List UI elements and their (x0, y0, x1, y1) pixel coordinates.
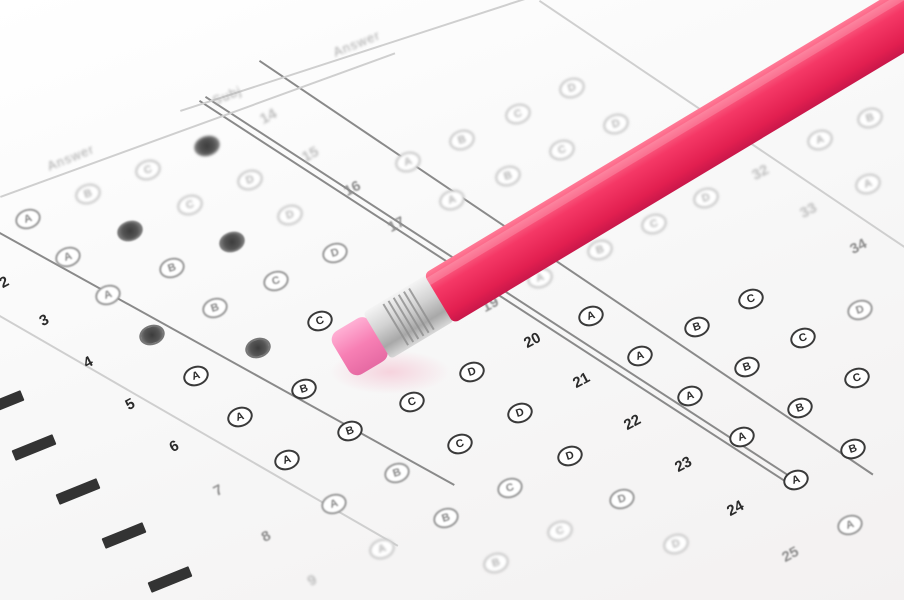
answer-bubble: B (382, 459, 413, 486)
answer-bubble: B (200, 294, 231, 321)
column-divider (205, 96, 793, 479)
answer-bubble: D (607, 485, 638, 512)
question-number: 4 (80, 353, 95, 372)
answer-bubble: D (661, 530, 692, 557)
answer-bubble: D (557, 74, 588, 101)
answer-bubble: D (555, 442, 586, 469)
question-number: 2 (0, 273, 12, 292)
question-number: 32 (749, 161, 772, 184)
question-number: 8 (258, 527, 273, 546)
answer-bubble: D (320, 239, 351, 266)
question-number: 25 (779, 543, 802, 566)
answer-bubble: B (682, 313, 713, 340)
question-number: 9 (304, 571, 319, 590)
answer-header: Answer (45, 141, 96, 173)
answer-bubble: A (225, 403, 256, 430)
question-number: 5 (122, 395, 137, 414)
answer-bubble: C (261, 267, 292, 294)
timing-mark (56, 478, 101, 505)
answer-bubble: B (73, 180, 104, 207)
answer-bubble: B (431, 504, 462, 531)
question-number: 23 (672, 453, 695, 476)
question-number: 3 (36, 311, 51, 330)
timing-mark (148, 566, 193, 593)
answer-bubble: B (157, 254, 188, 281)
question-number: 14 (257, 105, 280, 128)
answer-bubble: C (545, 517, 576, 544)
answer-bubble: C (495, 474, 526, 501)
question-number: 15 (299, 143, 322, 166)
answer-sheet-photo: Answer Answer Subj 2 3 4 5 6 7 8 9 14 15… (0, 0, 904, 600)
answer-bubble: A (367, 535, 398, 562)
question-number: 34 (847, 235, 870, 258)
answer-bubble: A (835, 511, 866, 538)
answer-bubble: D (457, 358, 488, 385)
answer-bubble: C (736, 285, 767, 312)
answer-bubble: B (838, 435, 869, 462)
answer-bubble: A (181, 362, 212, 389)
answer-bubble: C (175, 191, 206, 218)
answer-bubble: C (445, 430, 476, 457)
answer-bubble: C (397, 388, 428, 415)
answer-bubble: A (13, 205, 44, 232)
question-number: 6 (166, 437, 181, 456)
answer-bubble: B (585, 236, 616, 263)
timing-mark (12, 434, 57, 461)
column-divider (199, 100, 787, 483)
answer-bubble: D (601, 110, 632, 137)
answer-bubble: A (853, 170, 884, 197)
timing-mark (0, 390, 24, 417)
answer-bubble: A (272, 446, 303, 473)
answer-bubble: B (447, 126, 478, 153)
question-number: 20 (521, 329, 544, 352)
answer-bubble: A (781, 466, 812, 493)
column-divider (259, 60, 874, 475)
answer-bubble: B (855, 104, 886, 131)
answer-bubble-filled (217, 228, 248, 255)
subject-header: Subj (210, 83, 243, 108)
answer-bubble: D (845, 296, 876, 323)
answer-bubble: A (805, 126, 836, 153)
answer-bubble: C (503, 100, 534, 127)
answer-bubble-filled (192, 132, 223, 159)
answer-bubble-filled (243, 334, 274, 361)
question-number: 33 (797, 199, 820, 222)
answer-bubble: B (493, 162, 524, 189)
answer-bubble-filled (115, 217, 146, 244)
answer-bubble: C (133, 156, 164, 183)
answer-bubble: A (437, 186, 468, 213)
answer-bubble: C (842, 364, 873, 391)
column-divider (539, 0, 904, 281)
answer-bubble-filled (137, 321, 168, 348)
answer-bubble: D (691, 184, 722, 211)
answer-bubble: A (576, 302, 607, 329)
answer-bubble: D (275, 201, 306, 228)
answer-bubble: C (639, 210, 670, 237)
answer-bubble: D (235, 166, 266, 193)
answer-bubble: C (788, 324, 819, 351)
answer-bubble: B (481, 549, 512, 576)
question-number: 21 (570, 369, 593, 392)
question-number: 24 (724, 497, 747, 520)
question-number: 7 (210, 481, 225, 500)
answer-bubble: C (305, 307, 336, 334)
answer-bubble: A (625, 342, 656, 369)
timing-mark (102, 522, 147, 549)
answer-bubble: B (289, 375, 320, 402)
answer-bubble: D (505, 399, 536, 426)
answer-bubble: B (732, 353, 763, 380)
answer-header: Answer (331, 27, 382, 59)
question-number: 22 (621, 411, 644, 434)
answer-bubble: C (547, 136, 578, 163)
answer-bubble: A (525, 264, 556, 291)
header-divider (0, 52, 395, 198)
